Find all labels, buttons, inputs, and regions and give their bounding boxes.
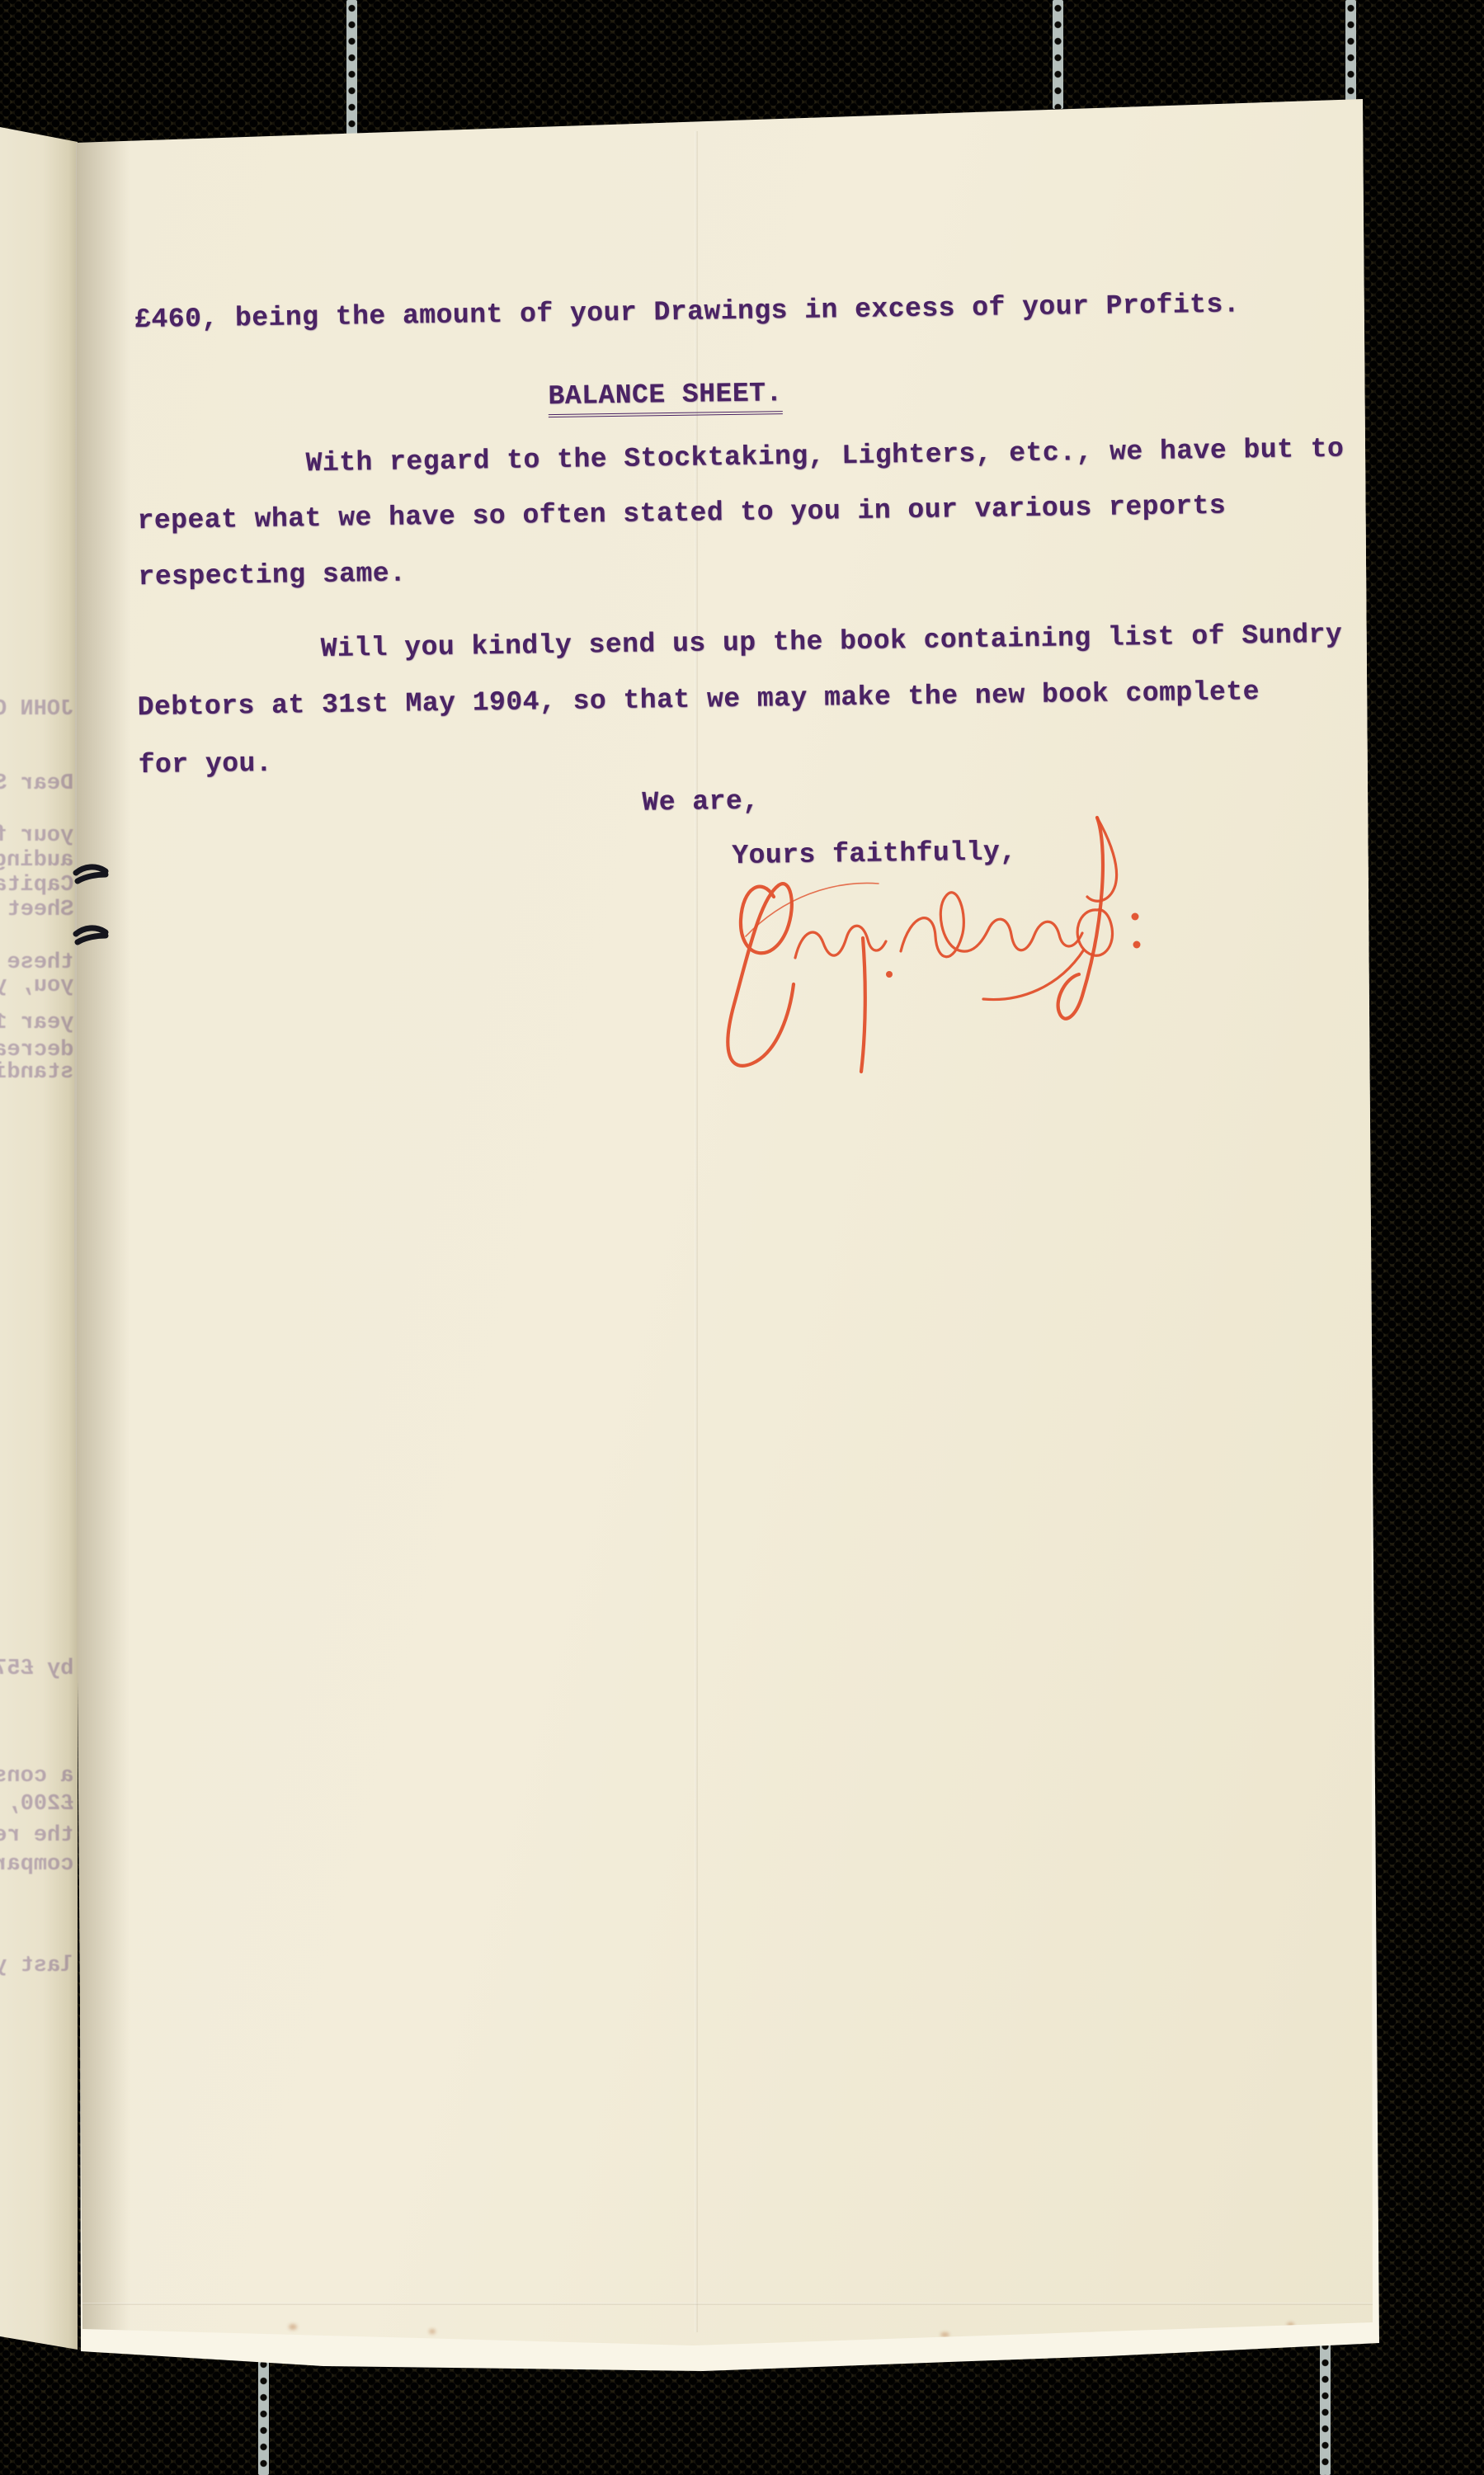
showthrough-fragment: last ye	[0, 1954, 73, 1978]
showthrough-fragment: compare	[0, 1852, 73, 1877]
signature-craig-gardner	[709, 804, 1171, 1085]
perforated-strip-bottom-right	[1320, 2338, 1331, 2475]
typed-text-block: £460, being the amount of your Drawings …	[71, 78, 1416, 2363]
perforated-strip-top-right	[1345, 0, 1356, 115]
binding-stitches	[71, 858, 115, 957]
previous-page-sliver: JOHN CDear Syour faudingCapitalSheet tth…	[0, 120, 78, 2358]
showthrough-fragment: £200, b	[0, 1792, 73, 1817]
body-line: repeat what we have so often stated to y…	[137, 490, 1226, 538]
perforated-strip-top-center	[1053, 0, 1063, 109]
body-line: With regard to the Stocktaking, Lighters…	[305, 433, 1344, 481]
letter-page: £460, being the amount of your Drawings …	[74, 95, 1387, 2362]
showthrough-fragment: auding	[0, 848, 73, 873]
showthrough-fragment: JOHN C	[0, 697, 73, 722]
showthrough-fragment: a consi	[0, 1764, 73, 1789]
showthrough-fragment: Dear S	[0, 771, 73, 796]
body-line: respecting same.	[138, 558, 406, 595]
showthrough-fragment: Capital	[0, 873, 73, 898]
showthrough-fragment: your f	[0, 823, 73, 848]
showthrough-fragment: by £570	[0, 1657, 73, 1681]
body-line: Debtors at 31st May 1904, so that we may…	[137, 676, 1260, 724]
body-line: Will you kindly send us up the book cont…	[320, 619, 1342, 666]
perforated-strip-top-left	[346, 0, 357, 142]
body-line: £460, being the amount of your Drawings …	[134, 288, 1240, 337]
showthrough-fragment: decreas	[0, 1038, 73, 1063]
showthrough-fragment: these A	[0, 950, 73, 975]
showthrough-fragment: standin	[0, 1060, 73, 1085]
showthrough-fragment: the rea	[0, 1823, 73, 1848]
balance-sheet-heading: BALANCE SHEET.	[548, 377, 783, 413]
showthrough-fragment: year 19	[0, 1011, 73, 1035]
showthrough-fragment: you, yo	[0, 973, 73, 998]
showthrough-fragment: Sheet t	[0, 898, 73, 922]
heading-underlined-text: BALANCE SHEET.	[548, 378, 783, 417]
body-line: for you.	[138, 747, 272, 782]
